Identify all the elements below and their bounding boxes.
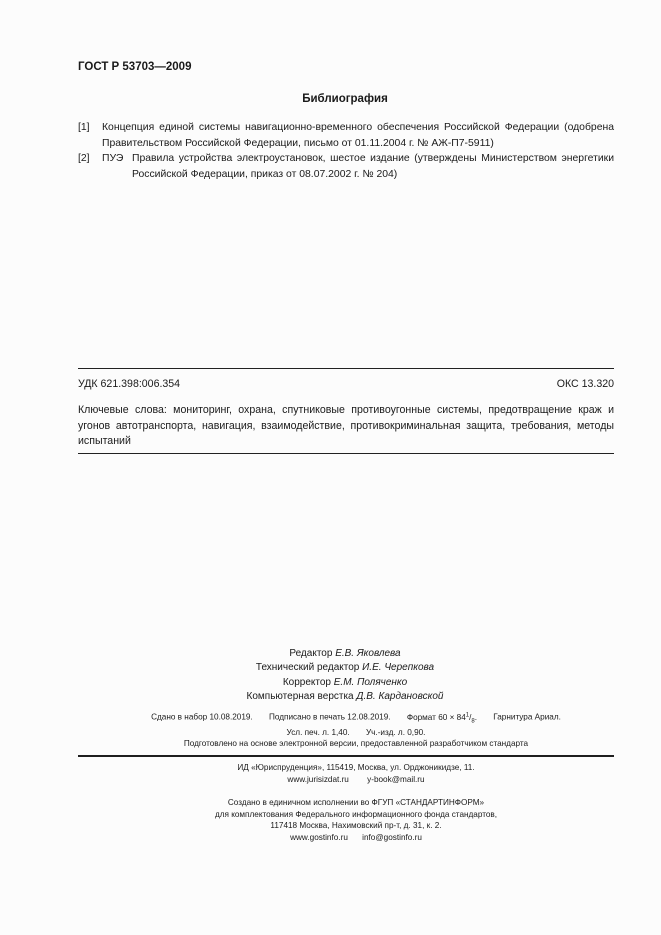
print-info: Сдано в набор 10.08.2019. Подписано в пе…: [78, 709, 634, 739]
credit-name: Е.М. Поляченко: [334, 677, 407, 688]
divider: [78, 453, 614, 454]
typeface: Гарнитура Ариал.: [493, 713, 561, 722]
bibliography-title: Библиография: [0, 93, 661, 105]
credit-line: Компьютерная верстка Д.В. Кардановской: [0, 690, 661, 704]
oks-code: ОКС 13.320: [557, 378, 614, 390]
publisher-email[interactable]: y-book@mail.ru: [367, 775, 424, 784]
signed-date: Подписано в печать 12.08.2019.: [269, 713, 391, 722]
credit-name: Е.В. Яковлева: [335, 648, 400, 659]
publisher-info: ИД «Юриспруденция», 115419, Москва, ул. …: [78, 762, 634, 786]
credit-line: Редактор Е.В. Яковлева: [0, 647, 661, 661]
divider: [78, 368, 614, 369]
document-code: ГОСТ Р 53703—2009: [78, 61, 191, 73]
creator-address: 117418 Москва, Нахимовский пр-т, д. 31, …: [78, 820, 634, 832]
credit-line: Корректор Е.М. Поляченко: [0, 676, 661, 690]
credit-line: Технический редактор И.Е. Черепкова: [0, 661, 661, 675]
bibliography-abbreviation: ПУЭ: [102, 151, 132, 182]
bibliography-item: [1] Концепция единой системы навигационн…: [78, 120, 614, 151]
credit-role: Компьютерная верстка: [247, 691, 354, 702]
prepared-note: Подготовлено на основе электронной верси…: [78, 739, 634, 748]
creator-info: Создано в единичном исполнении во ФГУП «…: [78, 797, 634, 843]
creator-email[interactable]: info@gostinfo.ru: [362, 833, 422, 842]
bibliography-text: Концепция единой системы навигационно-вр…: [102, 120, 614, 151]
creator-line: Создано в единичном исполнении во ФГУП «…: [78, 797, 634, 809]
credit-role: Технический редактор: [256, 662, 359, 673]
publication-sheets: Уч.-изд. л. 0,90.: [366, 728, 425, 737]
bibliography-item: [2] ПУЭ Правила устройства электроустано…: [78, 151, 614, 182]
classification-row: УДК 621.398:006.354 ОКС 13.320: [78, 378, 614, 390]
creator-website[interactable]: www.gostinfo.ru: [290, 833, 348, 842]
publisher-address: ИД «Юриспруденция», 115419, Москва, ул. …: [78, 762, 634, 774]
divider-thick: [78, 755, 614, 757]
bibliography-list: [1] Концепция единой системы навигационн…: [78, 120, 614, 182]
credit-role: Редактор: [289, 648, 332, 659]
print-sheets: Усл. печ. л. 1,40.: [287, 728, 350, 737]
format: Формат 60 × 841/8.: [407, 713, 477, 722]
bibliography-text: Правила устройства электроустановок, шес…: [132, 151, 614, 182]
publisher-website[interactable]: www.jurisizdat.ru: [287, 775, 348, 784]
udk-code: УДК 621.398:006.354: [78, 378, 180, 390]
bibliography-number: [2]: [78, 151, 102, 182]
credit-role: Корректор: [283, 677, 331, 688]
credit-name: Д.В. Кардановской: [356, 691, 443, 702]
bibliography-number: [1]: [78, 120, 102, 151]
submitted-date: Сдано в набор 10.08.2019.: [151, 713, 253, 722]
editorial-credits: Редактор Е.В. Яковлева Технический редак…: [0, 647, 661, 704]
credit-name: И.Е. Черепкова: [362, 662, 434, 673]
creator-line: для комплектования Федерального информац…: [78, 809, 634, 821]
keywords: Ключевые слова: мониторинг, охрана, спут…: [78, 403, 614, 450]
